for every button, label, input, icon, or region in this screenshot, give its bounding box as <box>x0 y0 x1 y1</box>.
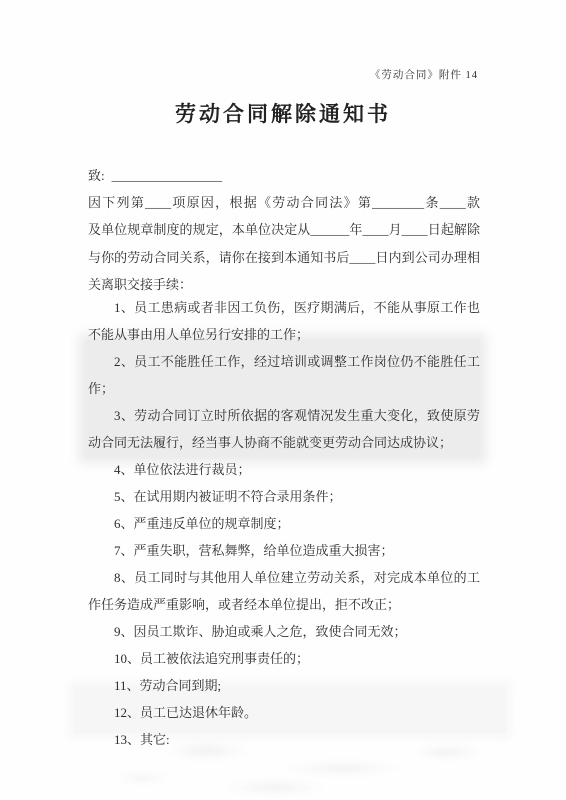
reason-item: 11、劳动合同到期; <box>88 672 480 699</box>
document-title: 劳动合同解除通知书 <box>0 98 566 128</box>
reason-list: 1、员工患病或者非因工负伤，医疗期满后，不能从事原工作也不能从事由用人单位另行安… <box>88 294 480 753</box>
document-page: 《劳动合同》附件 14 劳动合同解除通知书 致:________________… <box>0 0 566 800</box>
intro-paragraph: 因下列第____项原因，根据《劳动合同法》第________条____款 及单位… <box>88 189 480 298</box>
reason-item: 7、严重失职，营私舞弊，给单位造成重大损害； <box>88 537 480 564</box>
reason-item: 6、严重违反单位的规章制度； <box>88 510 480 537</box>
intro-line: 与你的劳动合同关系，请你在接到本通知书后____日内到公司办理相 <box>88 244 480 271</box>
recipient-blank-field: _________________ <box>112 168 223 183</box>
attachment-label: 《劳动合同》附件 14 <box>370 67 478 82</box>
reason-item: 2、员工不能胜任工作，经过培训或调整工作岗位仍不能胜任工作； <box>88 348 480 402</box>
reason-item: 10、员工被依法追究刑事责任的； <box>88 645 480 672</box>
reason-item: 8、员工同时与其他用人单位建立劳动关系，对完成本单位的工作任务造成严重影响，或者… <box>88 564 480 618</box>
reason-item: 12、员工已达退休年龄。 <box>88 699 480 726</box>
intro-line: 因下列第____项原因，根据《劳动合同法》第________条____款 <box>88 189 480 216</box>
reason-item: 9、因员工欺诈、胁迫或乘人之危，致使合同无效； <box>88 618 480 645</box>
reason-item: 13、其它: <box>88 726 480 753</box>
reason-item: 5、在试用期内被证明不符合录用条件； <box>88 483 480 510</box>
salutation-label: 致: <box>88 168 105 183</box>
reason-item: 1、员工患病或者非因工负伤，医疗期满后，不能从事原工作也不能从事由用人单位另行安… <box>88 294 480 348</box>
intro-line: 及单位规章制度的规定，本单位决定从______年____月____日起解除 <box>88 216 480 243</box>
reason-item: 3、劳动合同订立时所依据的客观情况发生重大变化，致使原劳动合同无法履行，经当事人… <box>88 402 480 456</box>
salutation-line: 致:_________________ <box>88 165 222 184</box>
reason-item: 4、单位依法进行裁员； <box>88 456 480 483</box>
